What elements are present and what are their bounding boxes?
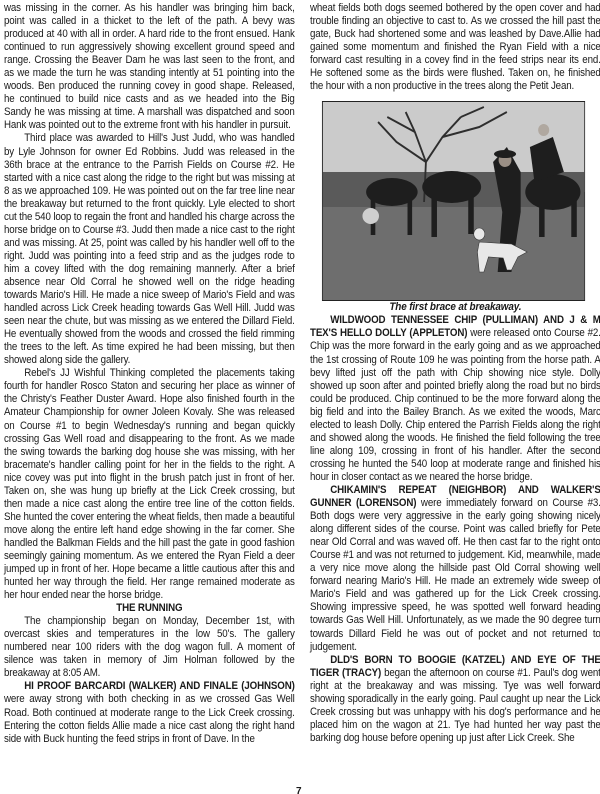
- left-column: was missing in the corner. As his handle…: [4, 2, 295, 746]
- paragraph-championship-began: The championship began on Monday, Decemb…: [4, 615, 295, 680]
- section-heading-the-running: THE RUNNING: [4, 602, 295, 615]
- paragraph-wheat-fields: wheat fields both dogs seemed bothered b…: [310, 2, 600, 93]
- photo-illustration: [323, 102, 585, 301]
- paragraph-fourth-place: Rebel's JJ Wishful Thinking completed th…: [4, 367, 295, 602]
- breakaway-photo: [322, 101, 585, 301]
- magazine-page: was missing in the corner. As his handle…: [0, 0, 600, 794]
- brace-description: were released onto Course #2. Chip was t…: [310, 327, 600, 483]
- paragraph-wildwood-chip: WILDWOOD TENNESSEE CHIP (PULLIMAN) AND J…: [310, 314, 600, 484]
- paragraph-third-place: Third place was awarded to Hill's Just J…: [4, 132, 295, 367]
- brace-description: were immediately forward on Course #3. B…: [310, 497, 600, 653]
- brace-description: were away strong with both checking in a…: [4, 693, 295, 744]
- brace-dog-names: HI PROOF BARCARDI (WALKER) AND FINALE (J…: [24, 680, 294, 692]
- paragraph-hank-continued: was missing in the corner. As his handle…: [4, 2, 295, 132]
- paragraph-first-brace: HI PROOF BARCARDI (WALKER) AND FINALE (J…: [4, 680, 295, 745]
- paragraph-born-to-boogie: DLD'S BORN TO BOOGIE (KATZEL) AND EYE OF…: [310, 654, 600, 745]
- paragraph-chikamin-repeat: CHIKAMIN'S REPEAT (NEIGHBOR) AND WALKER'…: [310, 484, 600, 654]
- page-number: 7: [296, 786, 302, 794]
- photo-caption: The first brace at breakaway.: [310, 301, 600, 314]
- right-column: wheat fields both dogs seemed bothered b…: [310, 2, 600, 745]
